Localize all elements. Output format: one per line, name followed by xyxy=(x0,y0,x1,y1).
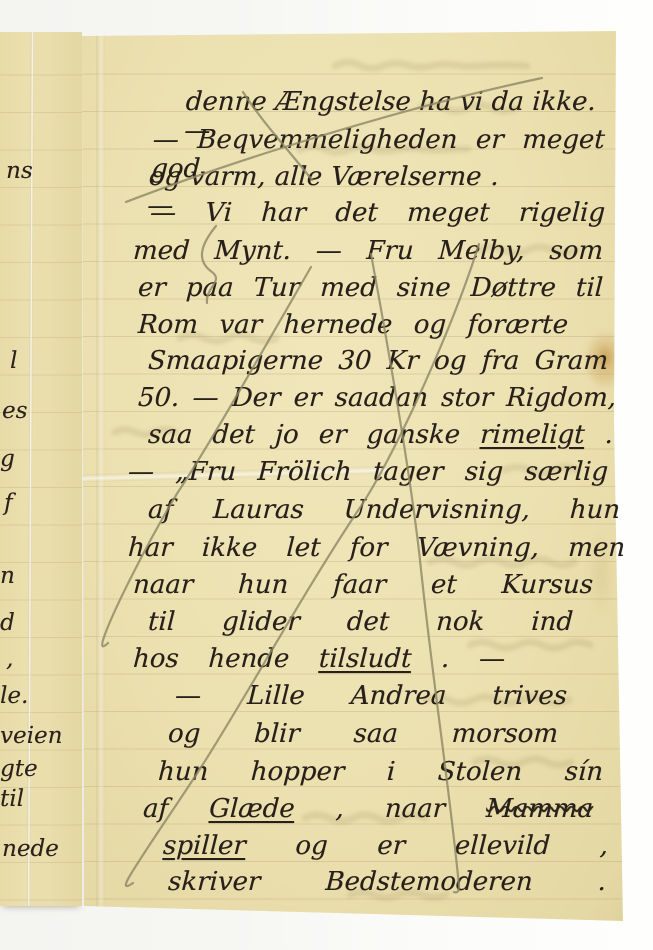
adjacent-page-edge xyxy=(0,32,82,906)
paper-stain xyxy=(584,520,618,630)
paper-stain xyxy=(592,340,618,374)
scanned-letter: nslesgfnd,le.veiengtetilnede denne Æng xyxy=(0,0,653,950)
letter-page xyxy=(78,28,628,925)
ruled-lines xyxy=(0,32,82,906)
